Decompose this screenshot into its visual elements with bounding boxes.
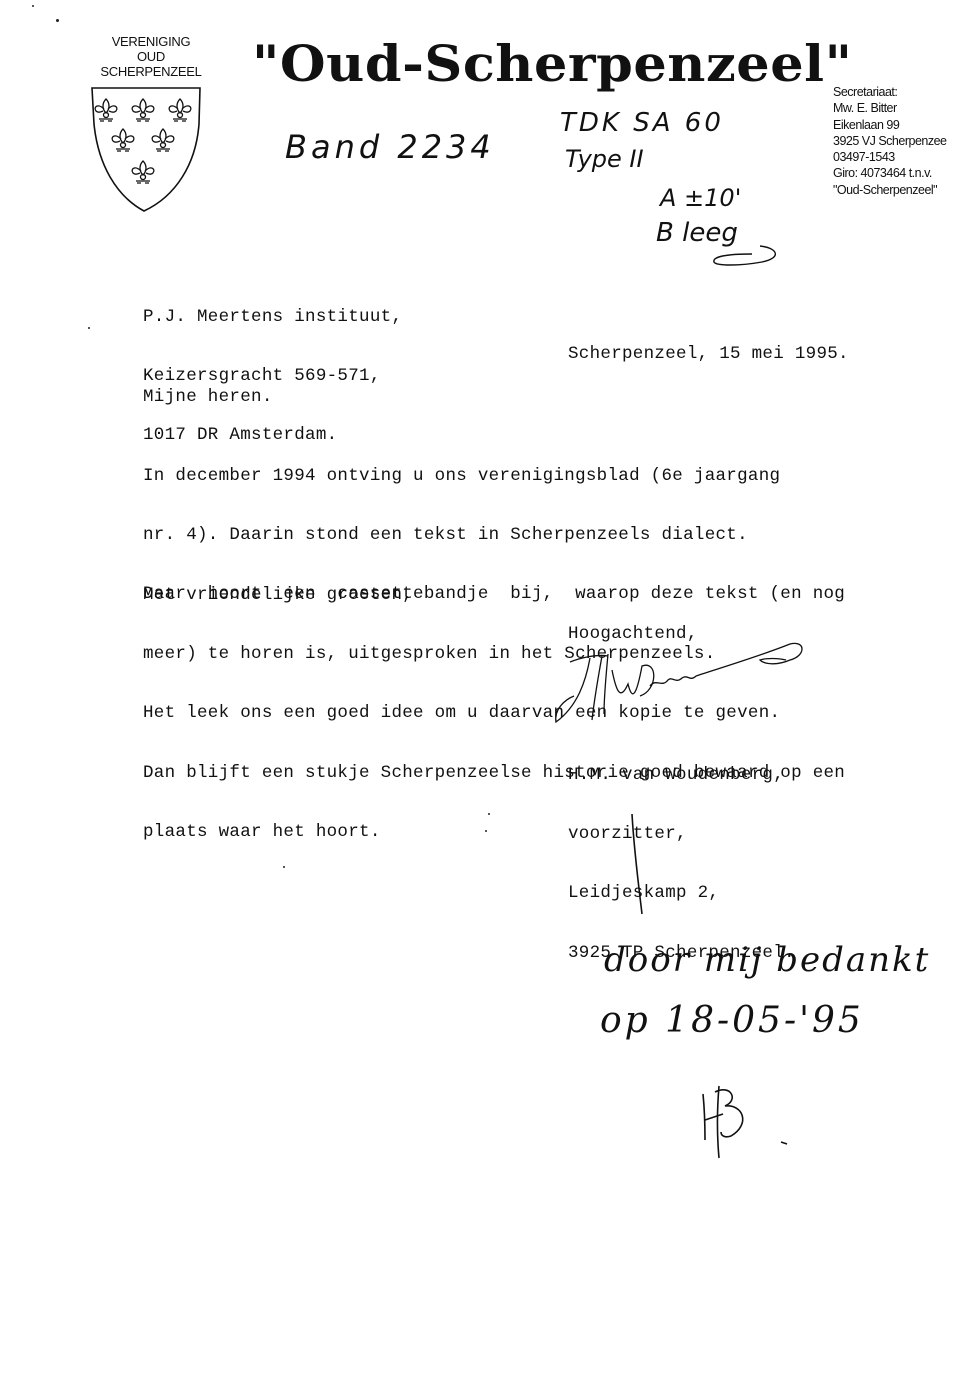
scan-speck — [32, 5, 34, 7]
handwritten-tape-type: TDK SA 60 — [560, 108, 724, 138]
signatory-line: H.M. van Woudenberg, — [568, 766, 795, 786]
letter-date: Scherpenzeel, 15 mei 1995. — [568, 345, 849, 365]
handwritten-side-a: A ±10' — [660, 184, 741, 212]
salutation: Mijne heren. — [143, 388, 273, 408]
scan-speck — [485, 830, 487, 832]
address-line: Keizersgracht 569-571, — [143, 367, 402, 387]
secretariat-line: 03497-1543 — [833, 149, 947, 165]
letterhead-title: "Oud-Scherpenzeel" — [252, 34, 853, 93]
secretariat-line: Eikenlaan 99 — [833, 117, 947, 133]
shield-with-fleur-de-lis-icon — [86, 84, 206, 214]
body-line: nr. 4). Daarin stond een tekst in Scherp… — [143, 526, 845, 546]
logo-line: OUD — [86, 49, 216, 64]
scan-speck — [283, 866, 285, 868]
scan-speck — [56, 19, 59, 22]
logo-text: VERENIGING OUD SCHERPENZEEL — [86, 34, 216, 79]
secretariat-line: Secretariaat: — [833, 84, 947, 100]
closing: Met vriendelijke groeten, — [143, 586, 413, 606]
handwritten-thanks-date: op 18-05-'95 — [600, 1000, 864, 1041]
signatory-line: Leidjeskamp 2, — [568, 884, 795, 904]
secretariat-line: 3925 VJ Scherpenzee — [833, 133, 947, 149]
logo-line: SCHERPENZEEL — [86, 64, 216, 79]
signatory-line: voorzitter, — [568, 825, 795, 845]
handwritten-vertical-stroke — [620, 810, 650, 920]
handwritten-loop-stroke — [700, 240, 790, 270]
handwritten-thanks-note: door mij bedankt — [604, 940, 930, 980]
handwritten-initials — [695, 1080, 805, 1160]
secretariat-line: "Oud-Scherpenzeel" — [833, 182, 947, 198]
handwritten-band-number: Band 2234 — [285, 128, 495, 166]
handwritten-type: Type II — [565, 145, 644, 173]
address-line: P.J. Meertens instituut, — [143, 308, 402, 328]
body-line: In december 1994 ontving u ons verenigin… — [143, 467, 845, 487]
secretariat-line: Mw. E. Bitter — [833, 100, 947, 116]
handwritten-signature — [550, 630, 810, 730]
scan-speck — [488, 813, 490, 815]
logo-line: VERENIGING — [86, 34, 216, 49]
secretariat-line: Giro: 4073464 t.n.v. — [833, 165, 947, 181]
secretariat-address: Secretariaat: Mw. E. Bitter Eikenlaan 99… — [833, 84, 947, 198]
scan-speck — [88, 327, 90, 329]
